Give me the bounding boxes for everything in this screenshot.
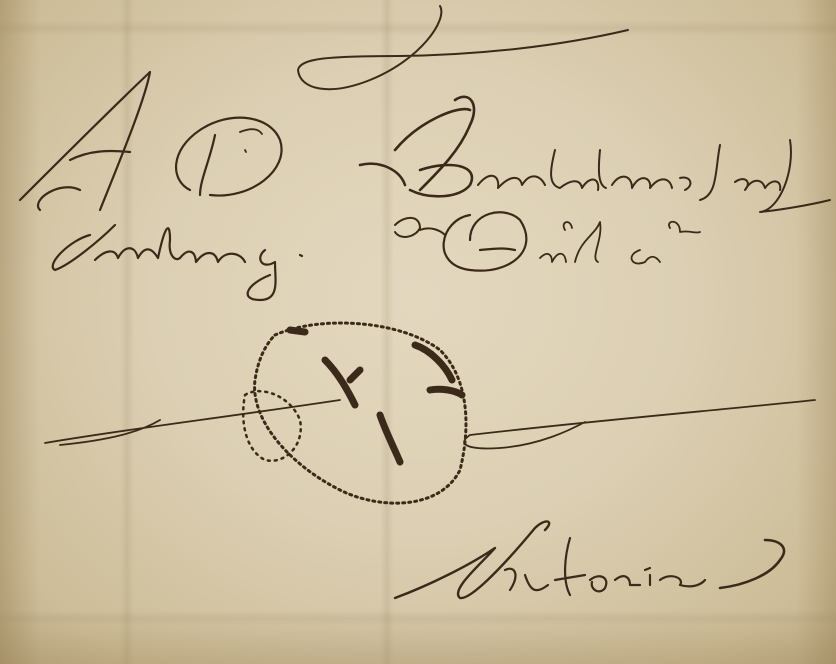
postmark <box>243 323 466 503</box>
top-flourish <box>298 6 628 89</box>
destination-line <box>395 521 784 598</box>
handwriting-layer <box>0 0 836 664</box>
address-line-1 <box>20 72 830 212</box>
address-line-2 <box>53 212 700 300</box>
cancellation-stroke <box>45 400 815 448</box>
letter-cover: A Dn. Bartolome Joseph Urbina q. Dios g.… <box>0 0 836 664</box>
